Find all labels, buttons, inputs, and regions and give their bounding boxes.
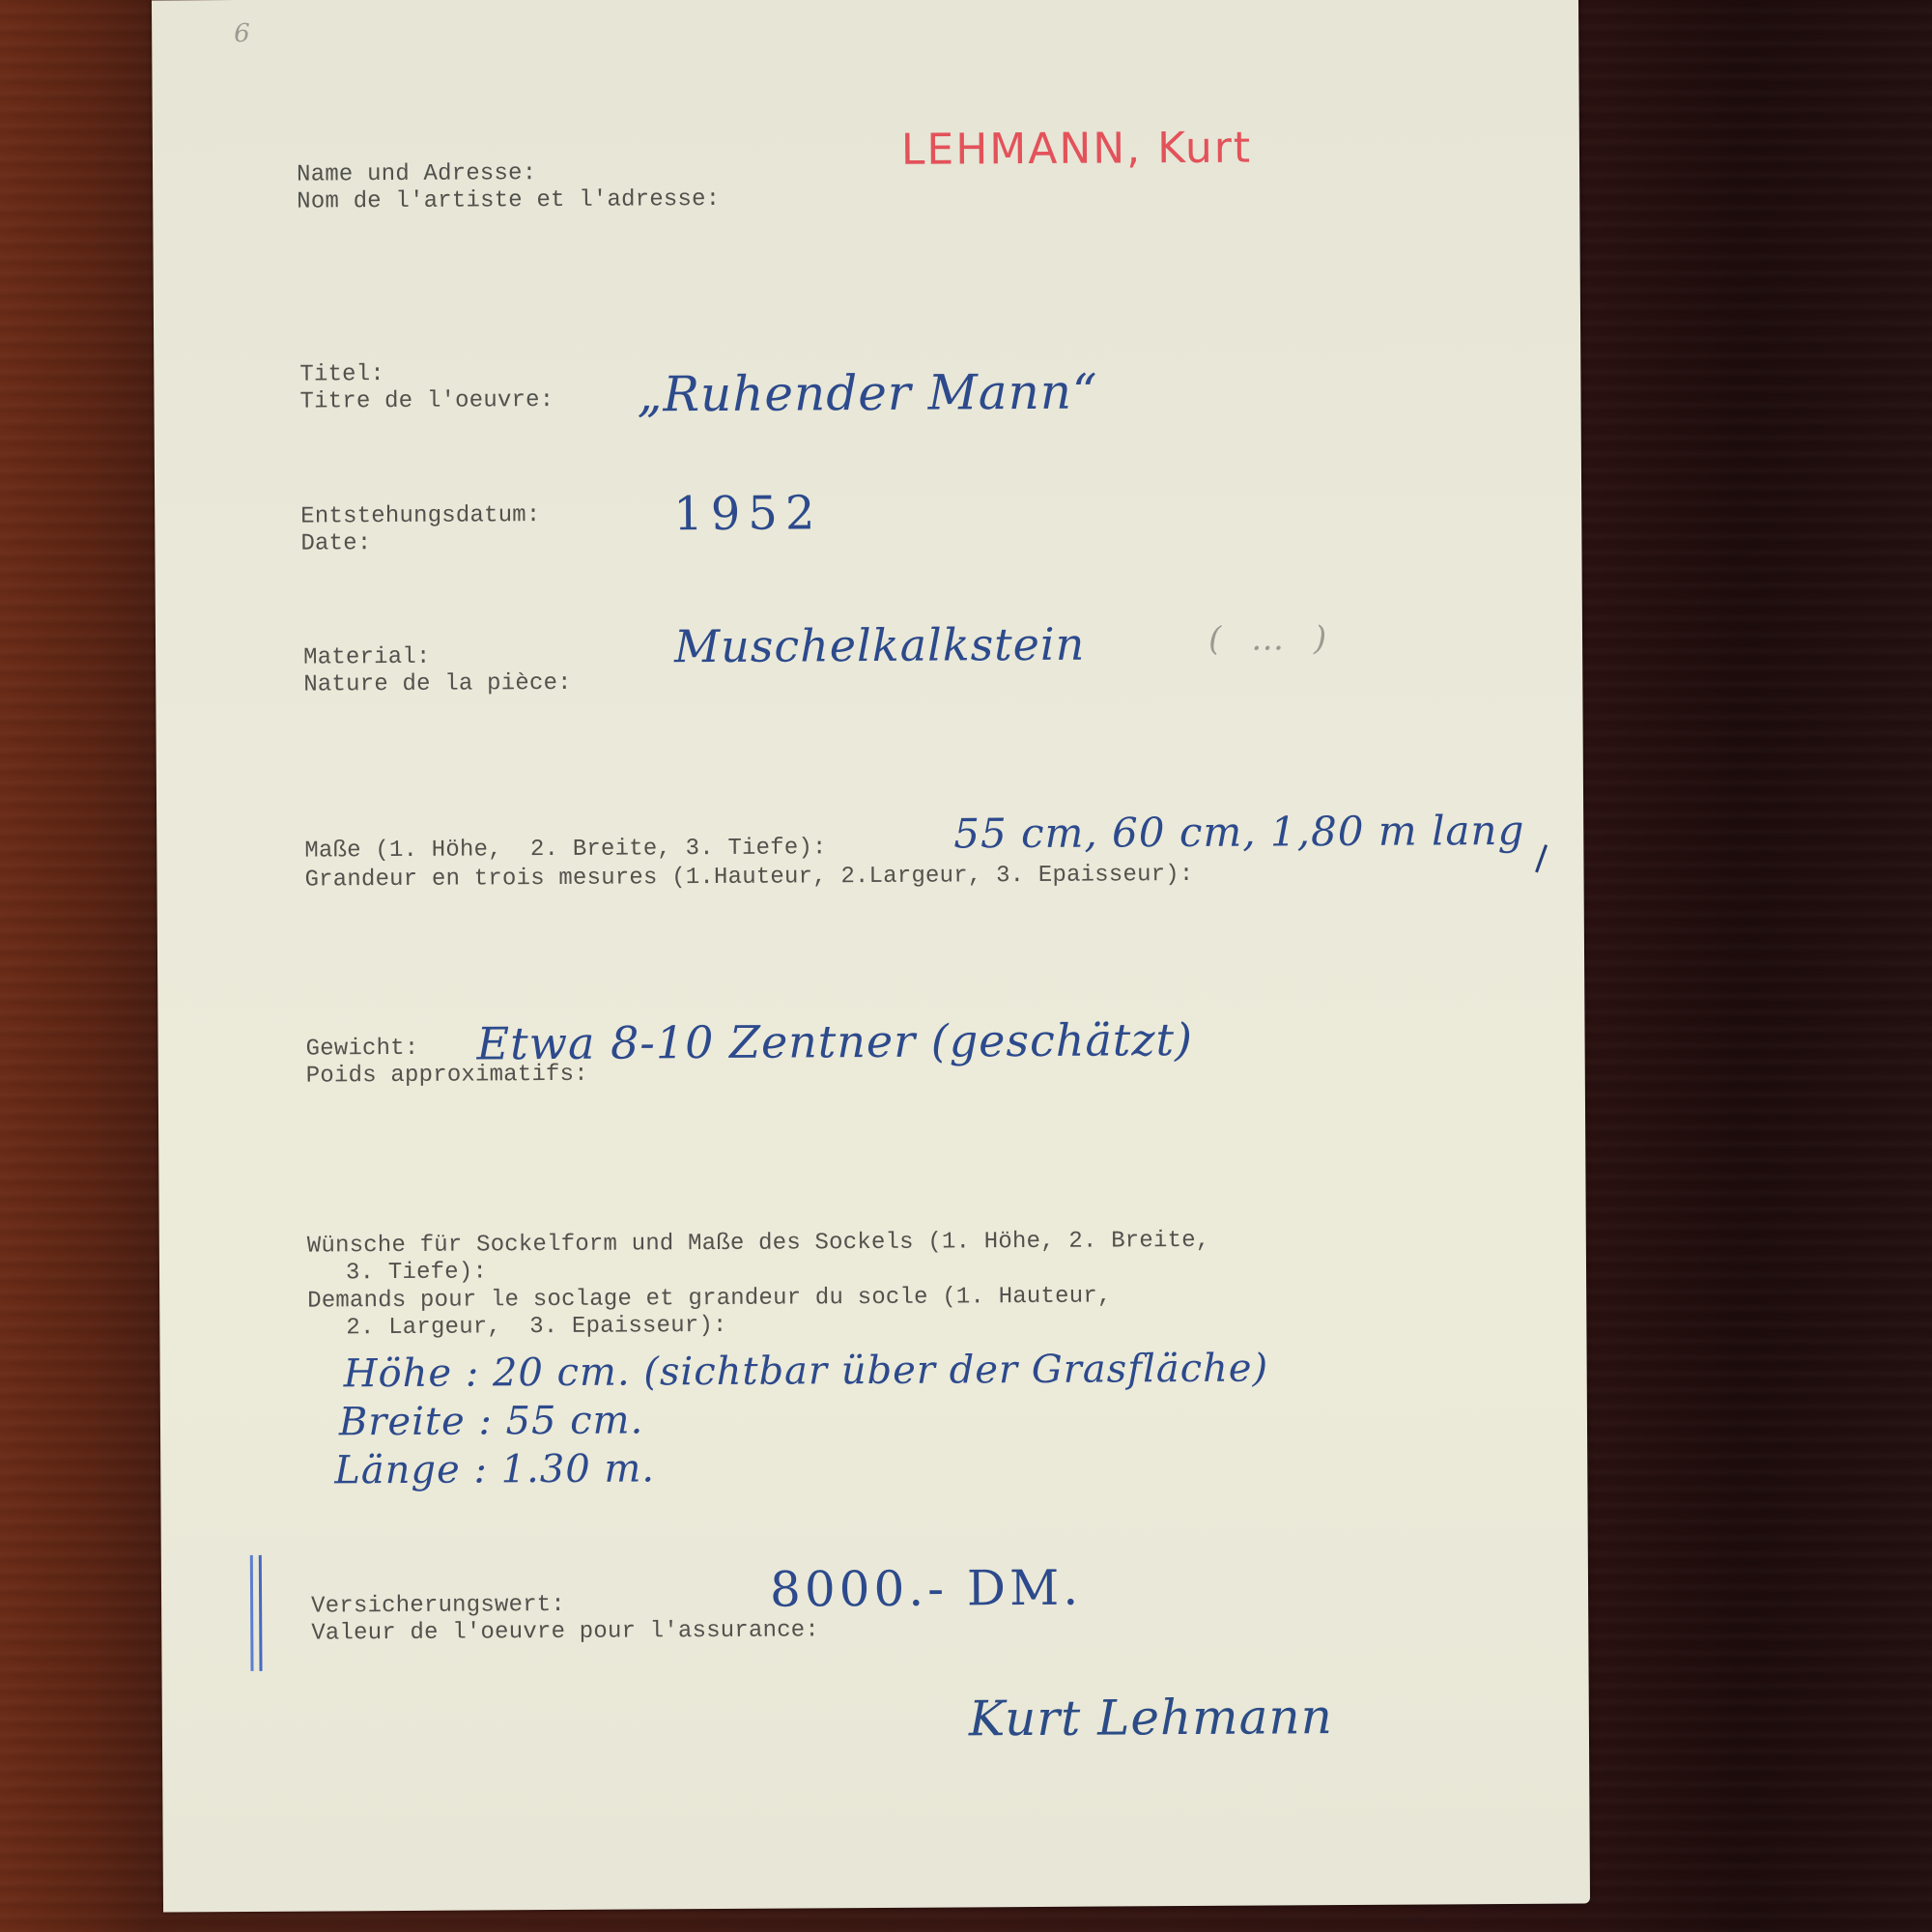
base-width-value: Breite : 55 cm. xyxy=(339,1398,644,1444)
base-height-value: Höhe : 20 cm. (sichtbar über der Grasflä… xyxy=(344,1346,1269,1396)
date-label-de: Entstehungsdatum: xyxy=(300,502,540,531)
artist-label-de: Name und Adresse: xyxy=(297,160,536,189)
base-label-fr-line1: Demands pour le soclage et grandeur du s… xyxy=(307,1283,1111,1315)
margin-double-line-mark xyxy=(250,1555,263,1671)
dimensions-label-de: Maße (1. Höhe, 2. Breite, 3. Tiefe): xyxy=(304,835,826,865)
material-label-fr: Nature de la pièce: xyxy=(303,670,572,699)
base-label-de-line2: 3. Tiefe): xyxy=(346,1259,487,1287)
title-label-fr: Titre de l'oeuvre: xyxy=(299,387,554,416)
form-sheet: 6 Name und Adresse: Nom de l'artiste et … xyxy=(152,0,1590,1912)
material-label-de: Material: xyxy=(303,644,431,672)
insurance-label-de: Versicherungswert: xyxy=(311,1592,565,1621)
checkmark-icon xyxy=(1524,840,1548,872)
artist-name-value: LEHMANN, Kurt xyxy=(901,124,1252,175)
date-label-fr: Date: xyxy=(300,530,371,557)
artist-label-fr: Nom de l'artiste et l'adresse: xyxy=(297,186,720,216)
material-value: Muschelkalkstein xyxy=(674,618,1086,673)
material-pencil-note: ( … ) xyxy=(1208,619,1336,659)
page-number-mark: 6 xyxy=(234,19,251,48)
artist-signature: Kurt Lehmann xyxy=(969,1689,1333,1747)
insurance-value: 8000.- DM. xyxy=(770,1560,1082,1618)
base-length-value: Länge : 1.30 m. xyxy=(334,1446,655,1492)
weight-label-de: Gewicht: xyxy=(306,1036,419,1064)
weight-value: Etwa 8-10 Zentner (geschätzt) xyxy=(476,1013,1193,1070)
dimensions-value: 55 cm, 60 cm, 1,80 m lang xyxy=(953,807,1524,858)
date-value: 1952 xyxy=(673,486,822,541)
dimensions-label-fr: Grandeur en trois mesures (1.Hauteur, 2.… xyxy=(304,862,1193,895)
insurance-label-fr: Valeur de l'oeuvre pour l'assurance: xyxy=(311,1617,819,1647)
title-value: „Ruhender Mann“ xyxy=(637,364,1097,423)
title-label-de: Titel: xyxy=(299,361,384,389)
base-label-de-line1: Wünsche für Sockelform und Maße des Sock… xyxy=(307,1228,1210,1261)
base-label-fr-line2: 2. Largeur, 3. Epaisseur): xyxy=(346,1313,726,1342)
